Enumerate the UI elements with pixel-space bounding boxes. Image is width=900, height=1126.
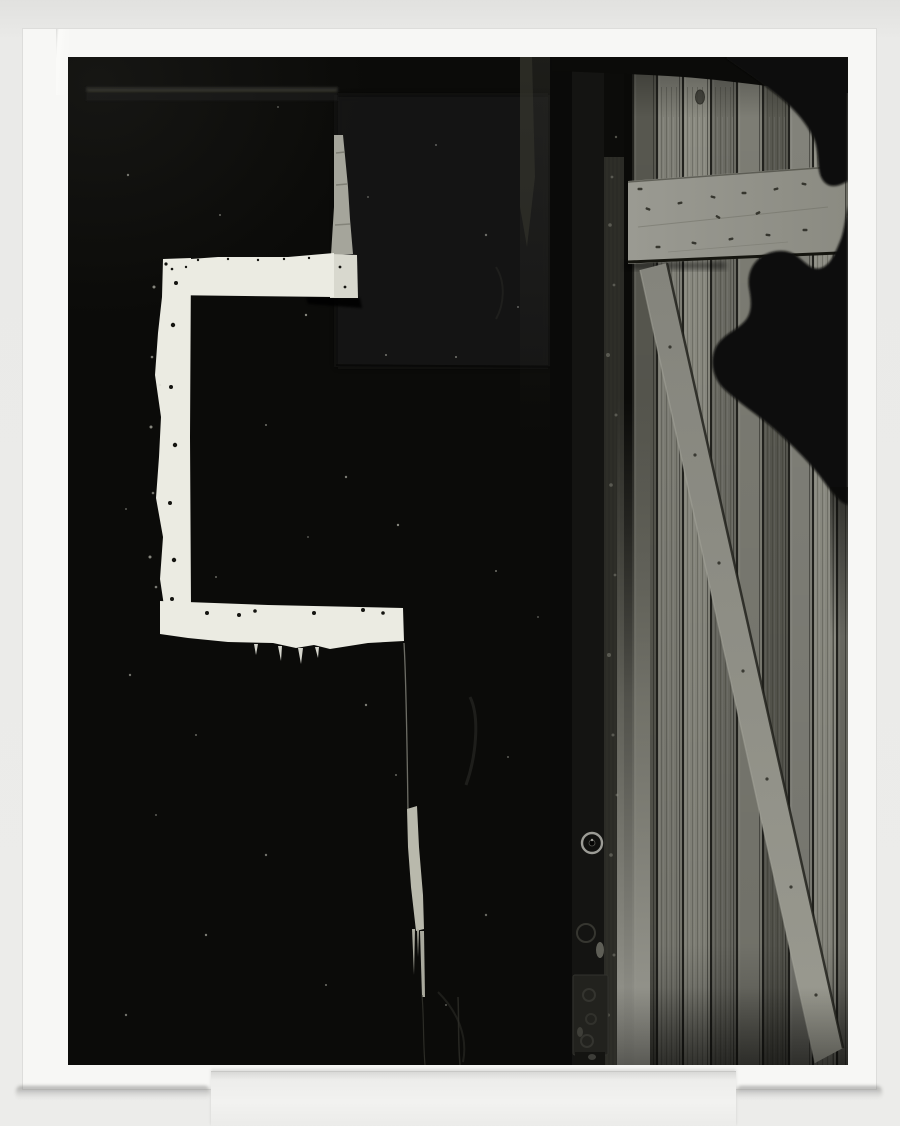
plank-bottom-shade: [617, 987, 848, 1065]
jamb-recess: [572, 57, 604, 1065]
brush-band: [86, 87, 338, 101]
bracket-arm-wood-end: [330, 254, 358, 298]
jamb-edge-dark: [550, 57, 572, 1065]
mat-bottom-shadow-left: [16, 1086, 210, 1099]
photograph: [68, 57, 848, 1065]
shadow-fade: [830, 487, 848, 637]
lock-cylinder: [582, 833, 602, 853]
stub-streak-2: [336, 184, 347, 185]
door-panel-sheen: [336, 95, 550, 367]
bright-plank-edge: [617, 397, 650, 1065]
stub-streak-3: [335, 224, 350, 225]
scan-page: [0, 0, 900, 1126]
ornate-lock-plate: [573, 975, 608, 1065]
mat-bottom-shadow-right: [736, 1086, 882, 1099]
plywood-patch: [628, 165, 845, 264]
stub-streak-1: [336, 152, 345, 153]
paper-tab: [211, 1071, 736, 1126]
paint-chip-light: [596, 942, 604, 958]
